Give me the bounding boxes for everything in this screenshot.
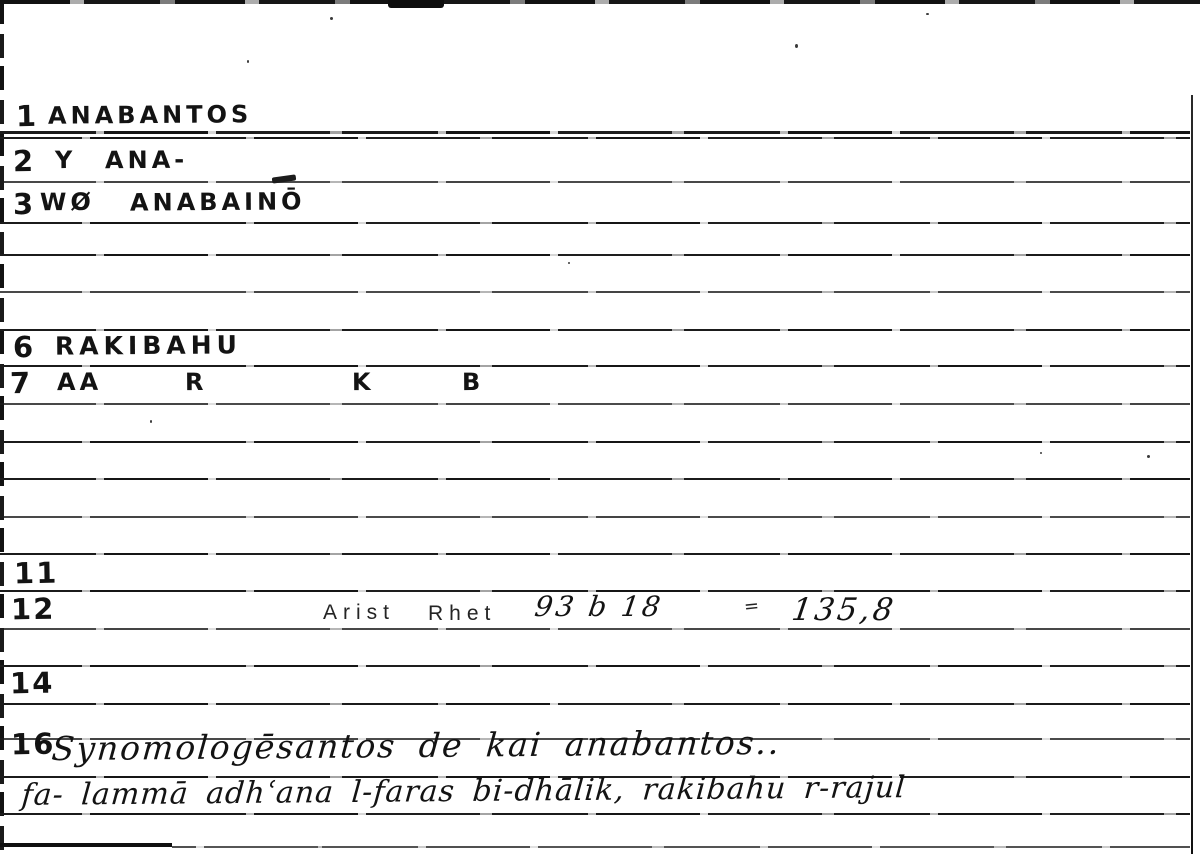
- line-number-14: 14: [10, 666, 55, 701]
- line-number-16: 16: [11, 727, 56, 762]
- scan-speck: [1040, 452, 1042, 454]
- line7-seg-aa: AA: [57, 368, 102, 396]
- citation-value: 135,8: [789, 592, 898, 628]
- scan-border-left: [0, 0, 4, 854]
- line-number-2: 2: [13, 144, 36, 178]
- line7-seg-k: K: [352, 368, 375, 396]
- ruled-line: [0, 703, 1190, 705]
- line-number-12: 12: [11, 592, 56, 627]
- ruled-line: [0, 137, 1190, 139]
- scan-speck: [150, 420, 152, 423]
- scan-border-right: [1191, 95, 1193, 854]
- headword-anabantos: ANABANTOS: [48, 100, 252, 129]
- greek-sentence: Synomologēsantos de kai anabantos..: [50, 723, 782, 768]
- headword-rakibahu: RAKIBAHU: [55, 330, 242, 360]
- line7-seg-b: B: [462, 368, 484, 396]
- line-number-1: 1: [16, 99, 39, 133]
- scan-border-top: [0, 0, 1200, 4]
- citation-locus: 93 b 18: [533, 590, 666, 623]
- headword-anabaino: ANABAINŌ: [130, 187, 306, 216]
- ruled-line: [0, 813, 1190, 815]
- line-number-6: 6: [13, 330, 36, 364]
- equals-sign: =: [743, 595, 760, 617]
- scan-speck: [568, 262, 570, 264]
- line2-mark: Y: [55, 146, 77, 174]
- arabic-transliteration-sentence: fa- lammā adhʿana l-faras bi-dhālik, rak…: [20, 770, 907, 813]
- ruled-line: [0, 553, 1190, 555]
- ruled-line: [0, 478, 1190, 480]
- scan-border-blob: [388, 0, 444, 8]
- ruled-line: [0, 516, 1190, 518]
- ruled-line: [0, 181, 1190, 183]
- ruled-line: [0, 291, 1190, 293]
- line3-mark: WØ: [40, 188, 95, 216]
- scan-speck: [330, 17, 333, 20]
- citation-work: Rhet: [428, 602, 496, 626]
- index-card: 1 ANABANTOS 2 Y ANA- 3 WØ ANABAINŌ 6 RAK…: [0, 0, 1200, 854]
- line7-seg-r: R: [185, 368, 208, 396]
- ruled-line: [0, 628, 1190, 630]
- ruled-line: [0, 441, 1190, 443]
- line-number-7: 7: [10, 366, 33, 400]
- citation-author: Arist: [323, 601, 395, 625]
- headword-ana: ANA-: [105, 146, 188, 175]
- ruled-line: [0, 131, 1190, 134]
- line-number-11: 11: [14, 556, 59, 591]
- scan-speck: [926, 13, 929, 15]
- ruled-line: [0, 665, 1190, 667]
- scan-speck: [247, 60, 249, 63]
- ruled-line: [0, 403, 1190, 405]
- scan-speck: [1147, 455, 1150, 458]
- ruled-line-bottom-tail: [172, 846, 1190, 848]
- ruled-line: [0, 222, 1190, 224]
- ruled-line-bottom-heavy: [0, 843, 172, 847]
- ruled-line: [0, 254, 1190, 256]
- line-number-3: 3: [13, 187, 36, 221]
- ruled-line: [0, 365, 1190, 367]
- scan-speck: [795, 44, 798, 48]
